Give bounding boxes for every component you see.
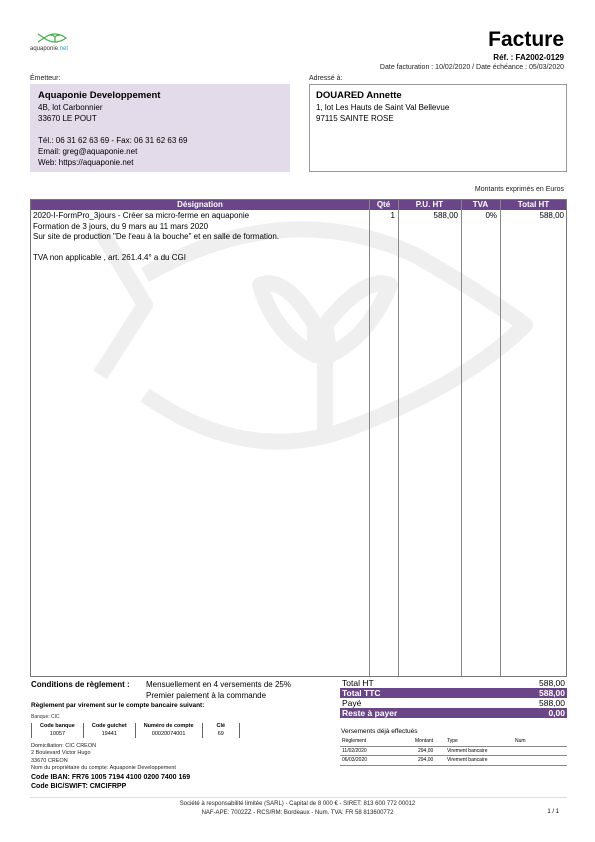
recipient-address1: 1, lot Les Hauts de Saint Val Bellevue (316, 102, 560, 113)
table-row-total: 588,00 (500, 211, 564, 222)
currency-note: Montants exprimés en Euros (475, 186, 564, 193)
iban: Code IBAN: FR76 1005 7194 4100 0200 7400… (31, 773, 190, 782)
payment-row: 06/03/2020 294,00 Virement bancaire (340, 756, 567, 766)
emitter-phone: Tél.: 06 31 62 63 69 - Fax: 06 31 62 63 … (38, 135, 282, 146)
iban-bic: Code IBAN: FR76 1005 7194 4100 0200 7400… (31, 773, 190, 791)
payments-header: Règlement Montant Type Num (340, 737, 567, 747)
emitter-name: Aquaponie Developpement (38, 90, 282, 101)
bic: Code BIC/SWIFT: CMCIFRPP (31, 782, 190, 791)
footer: Société à responsabilité limitée (SARL) … (0, 800, 595, 817)
bank-details-table: Code banque Code guichet Numéro de compt… (31, 723, 240, 738)
emitter-email: Email: greg@aquaponie.net (38, 146, 282, 157)
conditions-label: Conditions de règlement : (31, 680, 130, 689)
invoice-dates: Date facturation : 10/02/2020 / Date éch… (380, 64, 564, 71)
table-row-vat: 0% (461, 211, 497, 222)
payment-row: 11/02/2020 294,00 Virement bancaire (340, 747, 567, 757)
aquaponie-logo-icon (30, 30, 80, 56)
col-designation: Désignation (31, 200, 369, 210)
conditions-value: Mensuellement en 4 versements de 25% Pre… (146, 680, 291, 701)
bank-domiciliation: Domiciliation: CIC CREON 2 Boulevard Vic… (31, 743, 176, 772)
emitter-web: Web: https://aquaponie.net (38, 157, 282, 168)
totals-block: Total HT588,00 Total TTC588,00 Payé588,0… (340, 678, 567, 718)
items-table: Désignation Qté P.U. HT TVA Total HT 202… (30, 199, 567, 677)
recipient-label: Adressé à: (309, 75, 342, 82)
invoice-reference: Réf. : FA2002-0129 (493, 53, 564, 62)
emitter-address2: 33670 LE POUT (38, 113, 282, 124)
table-row-unit-price: 588,00 (398, 211, 458, 222)
col-unit-price: P.U. HT (398, 200, 461, 210)
logo-text: aquaponie.net (30, 46, 68, 52)
total-ttc-row: Total TTC588,00 (340, 688, 567, 698)
table-header: Désignation Qté P.U. HT TVA Total HT (31, 200, 566, 210)
remaining-row: Reste à payer0,00 (340, 708, 567, 718)
col-vat: TVA (461, 200, 500, 210)
table-row-qty: 1 (369, 211, 395, 222)
total-ht-row: Total HT588,00 (340, 678, 567, 688)
emitter-label: Émetteur: (30, 75, 60, 82)
bank-name: Banque: CIC (31, 714, 60, 720)
col-qty: Qté (369, 200, 398, 210)
paid-row: Payé588,00 (340, 698, 567, 708)
col-total: Total HT (500, 200, 567, 210)
table-row-designation: 2020-I-FormPro_3jours - Créer sa micro-f… (33, 211, 279, 264)
transfer-label: Règlement par virement sur le compte ban… (31, 702, 204, 709)
emitter-address1: 4B, lot Carbonnier (38, 102, 282, 113)
recipient-box: DOUARED Annette 1, lot Les Hauts de Sain… (309, 84, 567, 172)
payments-done-title: Versements déjà effectués (341, 728, 417, 735)
recipient-address2: 97115 SAINTE ROSE (316, 113, 560, 124)
recipient-name: DOUARED Annette (316, 90, 560, 101)
payments-done-table: Règlement Montant Type Num 11/02/2020 29… (340, 737, 567, 766)
page-number: 1 / 1 (547, 809, 559, 815)
document-title: Facture (488, 28, 564, 52)
emitter-box: Aquaponie Developpement 4B, lot Carbonni… (30, 84, 290, 172)
footer-divider (30, 797, 567, 798)
